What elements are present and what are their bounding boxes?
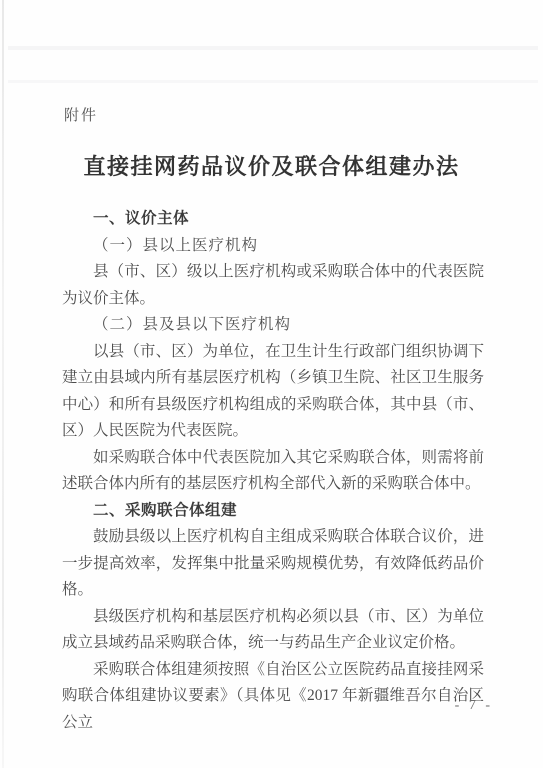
section-subheading: （一）县以上医疗机构: [62, 233, 484, 260]
attachment-label: 附件: [64, 104, 98, 125]
scan-streak-artifact: [8, 80, 538, 83]
body-paragraph: 如采购联合体中代表医院加入其它采购联合体，则需将前述联合体内所有的基层医疗机构全…: [62, 445, 484, 498]
document-body: 一、议价主体 （一）县以上医疗机构 县（市、区）级以上医疗机构或采购联合体中的代…: [62, 206, 484, 736]
body-paragraph: 以县（市、区）为单位，在卫生计生行政部门组织协调下建立由县域内所有基层医疗机构（…: [62, 339, 484, 445]
page-number: - 7 -: [455, 698, 493, 714]
document-page: 附件 直接挂网药品议价及联合体组建办法 一、议价主体 （一）县以上医疗机构 县（…: [0, 0, 543, 768]
body-paragraph: 鼓励县级以上医疗机构自主组成采购联合体联合议价，进一步提高效率，发挥集中批量采购…: [62, 524, 484, 604]
body-paragraph: 县级医疗机构和基层医疗机构必须以县（市、区）为单位成立县域药品采购联合体，统一与…: [62, 604, 484, 657]
section-heading: 二、采购联合体组建: [62, 498, 484, 525]
scan-edge-artifact: [2, 0, 4, 768]
scan-streak-artifact: [8, 46, 538, 50]
body-paragraph: 采购联合体组建须按照《自治区公立医院药品直接挂网采购联合体组建协议要素》（具体见…: [62, 657, 484, 737]
document-title: 直接挂网药品议价及联合体组建办法: [0, 150, 543, 181]
body-paragraph: 县（市、区）级以上医疗机构或采购联合体中的代表医院为议价主体。: [62, 259, 484, 312]
section-heading: 一、议价主体: [62, 206, 484, 233]
section-subheading: （二）县及县以下医疗机构: [62, 312, 484, 339]
